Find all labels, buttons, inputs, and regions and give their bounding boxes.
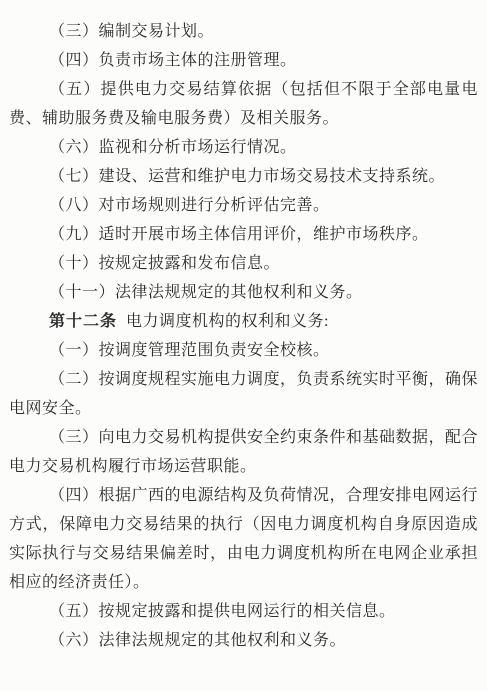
clause-item-10: （十）按规定披露和发布信息。: [9, 249, 478, 278]
article-12-clause-5: （五）按规定披露和提供电网运行的相关信息。: [9, 597, 478, 626]
article-12-clause-3: （三）向电力交易机构提供安全约束条件和基础数据，配合电力交易机构履行市场运营职能…: [9, 423, 478, 481]
clause-item-4: （四）负责市场主体的注册管理。: [9, 46, 478, 75]
article-12-clause-4: （四）根据广西的电源结构及负荷情况，合理安排电网运行方式，保障电力交易结果的执行…: [9, 481, 478, 597]
article-12-clause-1: （一）按调度管理范围负责安全校核。: [9, 336, 478, 365]
article-number: 第十二条: [49, 313, 117, 330]
clause-item-7: （七）建设、运营和维护电力市场交易技术支持系统。: [9, 162, 478, 191]
article-title: 电力调度机构的权利和义务:: [126, 313, 329, 330]
clause-item-9: （九）适时开展市场主体信用评价，维护市场秩序。: [9, 220, 478, 249]
article-12-clause-2: （二）按调度规程实施电力调度，负责系统实时平衡，确保电网安全。: [9, 365, 478, 423]
clause-item-11: （十一）法律法规规定的其他权利和义务。: [9, 278, 478, 307]
article-12-clause-6: （六）法律法规规定的其他权利和义务。: [9, 626, 478, 655]
document-page: （三）编制交易计划。 （四）负责市场主体的注册管理。 （五）提供电力交易结算依据…: [0, 0, 487, 691]
clause-item-8: （八）对市场规则进行分析评估完善。: [9, 191, 478, 220]
clause-item-5: （五）提供电力交易结算依据（包括但不限于全部电量电费、辅助服务费及输电服务费）及…: [9, 75, 478, 133]
clause-item-3: （三）编制交易计划。: [9, 17, 478, 46]
clause-item-6: （六）监视和分析市场运行情况。: [9, 133, 478, 162]
article-12-heading: 第十二条电力调度机构的权利和义务:: [9, 307, 478, 336]
